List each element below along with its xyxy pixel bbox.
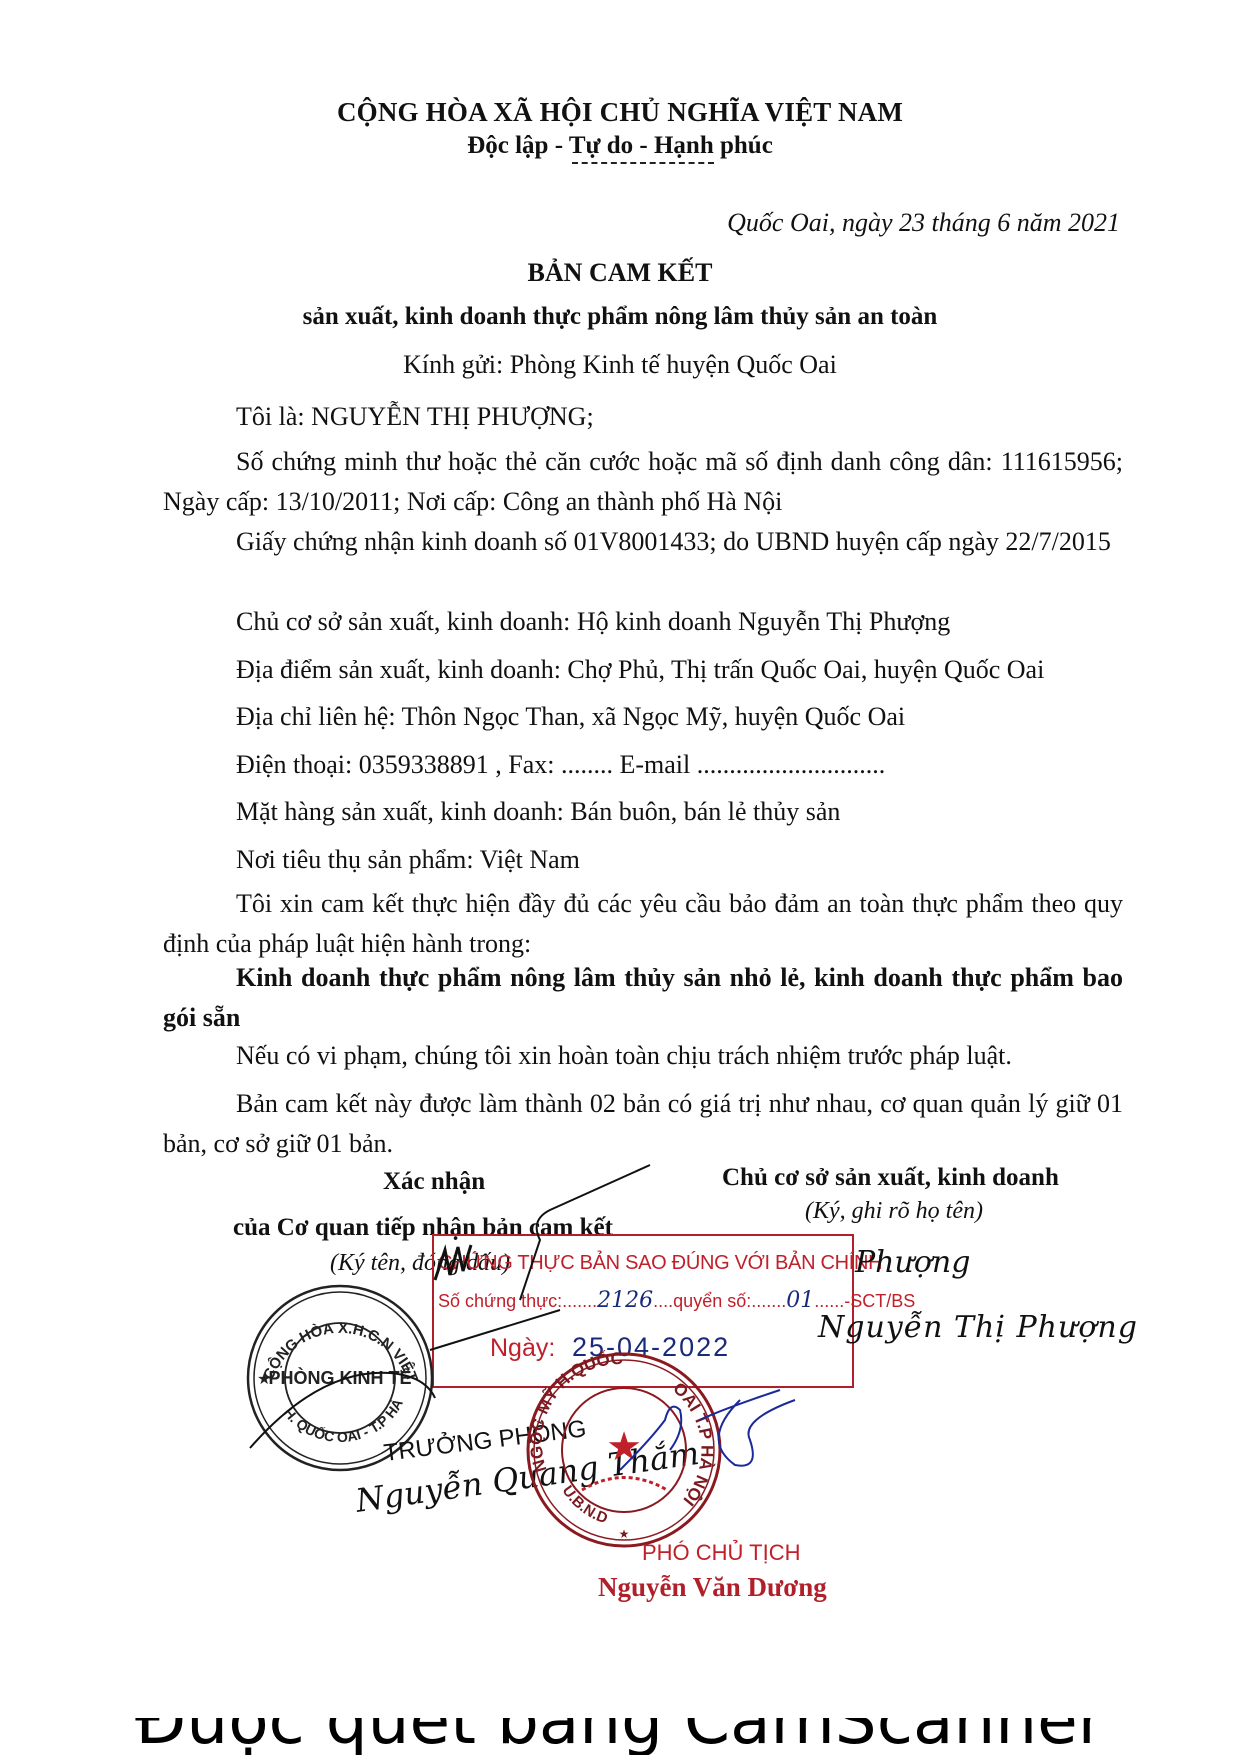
separator-line xyxy=(572,162,714,164)
right-sig-note: (Ký, ghi rõ họ tên) xyxy=(805,1198,983,1225)
goods-line: Mặt hàng sản xuất, kinh doanh: Bán buôn,… xyxy=(163,792,1123,832)
document-subtitle: sản xuất, kinh doanh thực phẩm nông lâm … xyxy=(0,303,1240,331)
book-number: 01 xyxy=(786,1288,814,1313)
market-line: Nơi tiêu thụ sản phẩm: Việt Nam xyxy=(163,840,1123,880)
scanner-watermark-text: Được quét bằng CamScanner xyxy=(0,1718,1240,1754)
id-line: Số chứng minh thư hoặc thẻ căn cước hoặc… xyxy=(163,442,1123,522)
owner-line: Chủ cơ sở sản xuất, kinh doanh: Hộ kinh … xyxy=(163,602,1123,642)
recipient-line: Kính gửi: Phòng Kinh tế huyện Quốc Oai xyxy=(0,350,1240,380)
red-signer-name: Nguyễn Văn Dương xyxy=(598,1572,827,1603)
commit-line: Tôi xin cam kết thực hiện đầy đủ các yêu… xyxy=(163,884,1123,964)
motto: Độc lập - Tự do - Hạnh phúc xyxy=(0,132,1240,160)
right-sig-heading: Chủ cơ sở sản xuất, kinh doanh xyxy=(722,1164,1059,1192)
name-line: Tôi là: NGUYỄN THỊ PHƯỢNG; xyxy=(163,397,1123,437)
blue-signature-icon xyxy=(610,1380,810,1500)
document-title: BẢN CAM KẾT xyxy=(0,258,1240,288)
svg-text:★: ★ xyxy=(619,1527,630,1541)
address-line: Địa chỉ liên hệ: Thôn Ngọc Than, xã Ngọc… xyxy=(163,697,1123,737)
svg-text:PHÒNG KINH TẾ: PHÒNG KINH TẾ xyxy=(268,1367,411,1388)
location-line: Địa điểm sản xuất, kinh doanh: Chợ Phủ, … xyxy=(163,650,1123,690)
right-signature: Phượng xyxy=(855,1245,970,1280)
red-position-title: PHÓ CHỦ TỊCH xyxy=(642,1540,801,1566)
book-suffix: ......-SCT/BS xyxy=(814,1291,915,1311)
place-date: Quốc Oai, ngày 23 tháng 6 năm 2021 xyxy=(727,208,1120,238)
right-signer-handwritten: Nguyễn Thị Phượng xyxy=(818,1310,1138,1345)
nation-heading: CỘNG HÒA XÃ HỘI CHỦ NGHĨA VIỆT NAM xyxy=(0,97,1240,128)
scanner-watermark: Được quét bằng CamScanner xyxy=(0,1718,1240,1755)
liability-line: Nếu có vi phạm, chúng tôi xin hoàn toàn … xyxy=(163,1036,1123,1076)
license-line: Giấy chứng nhận kinh doanh số 01V8001433… xyxy=(163,522,1123,562)
contact-line: Điện thoại: 0359338891 , Fax: ........ E… xyxy=(163,745,1123,785)
scope-line: Kinh doanh thực phẩm nông lâm thủy sản n… xyxy=(163,958,1123,1038)
